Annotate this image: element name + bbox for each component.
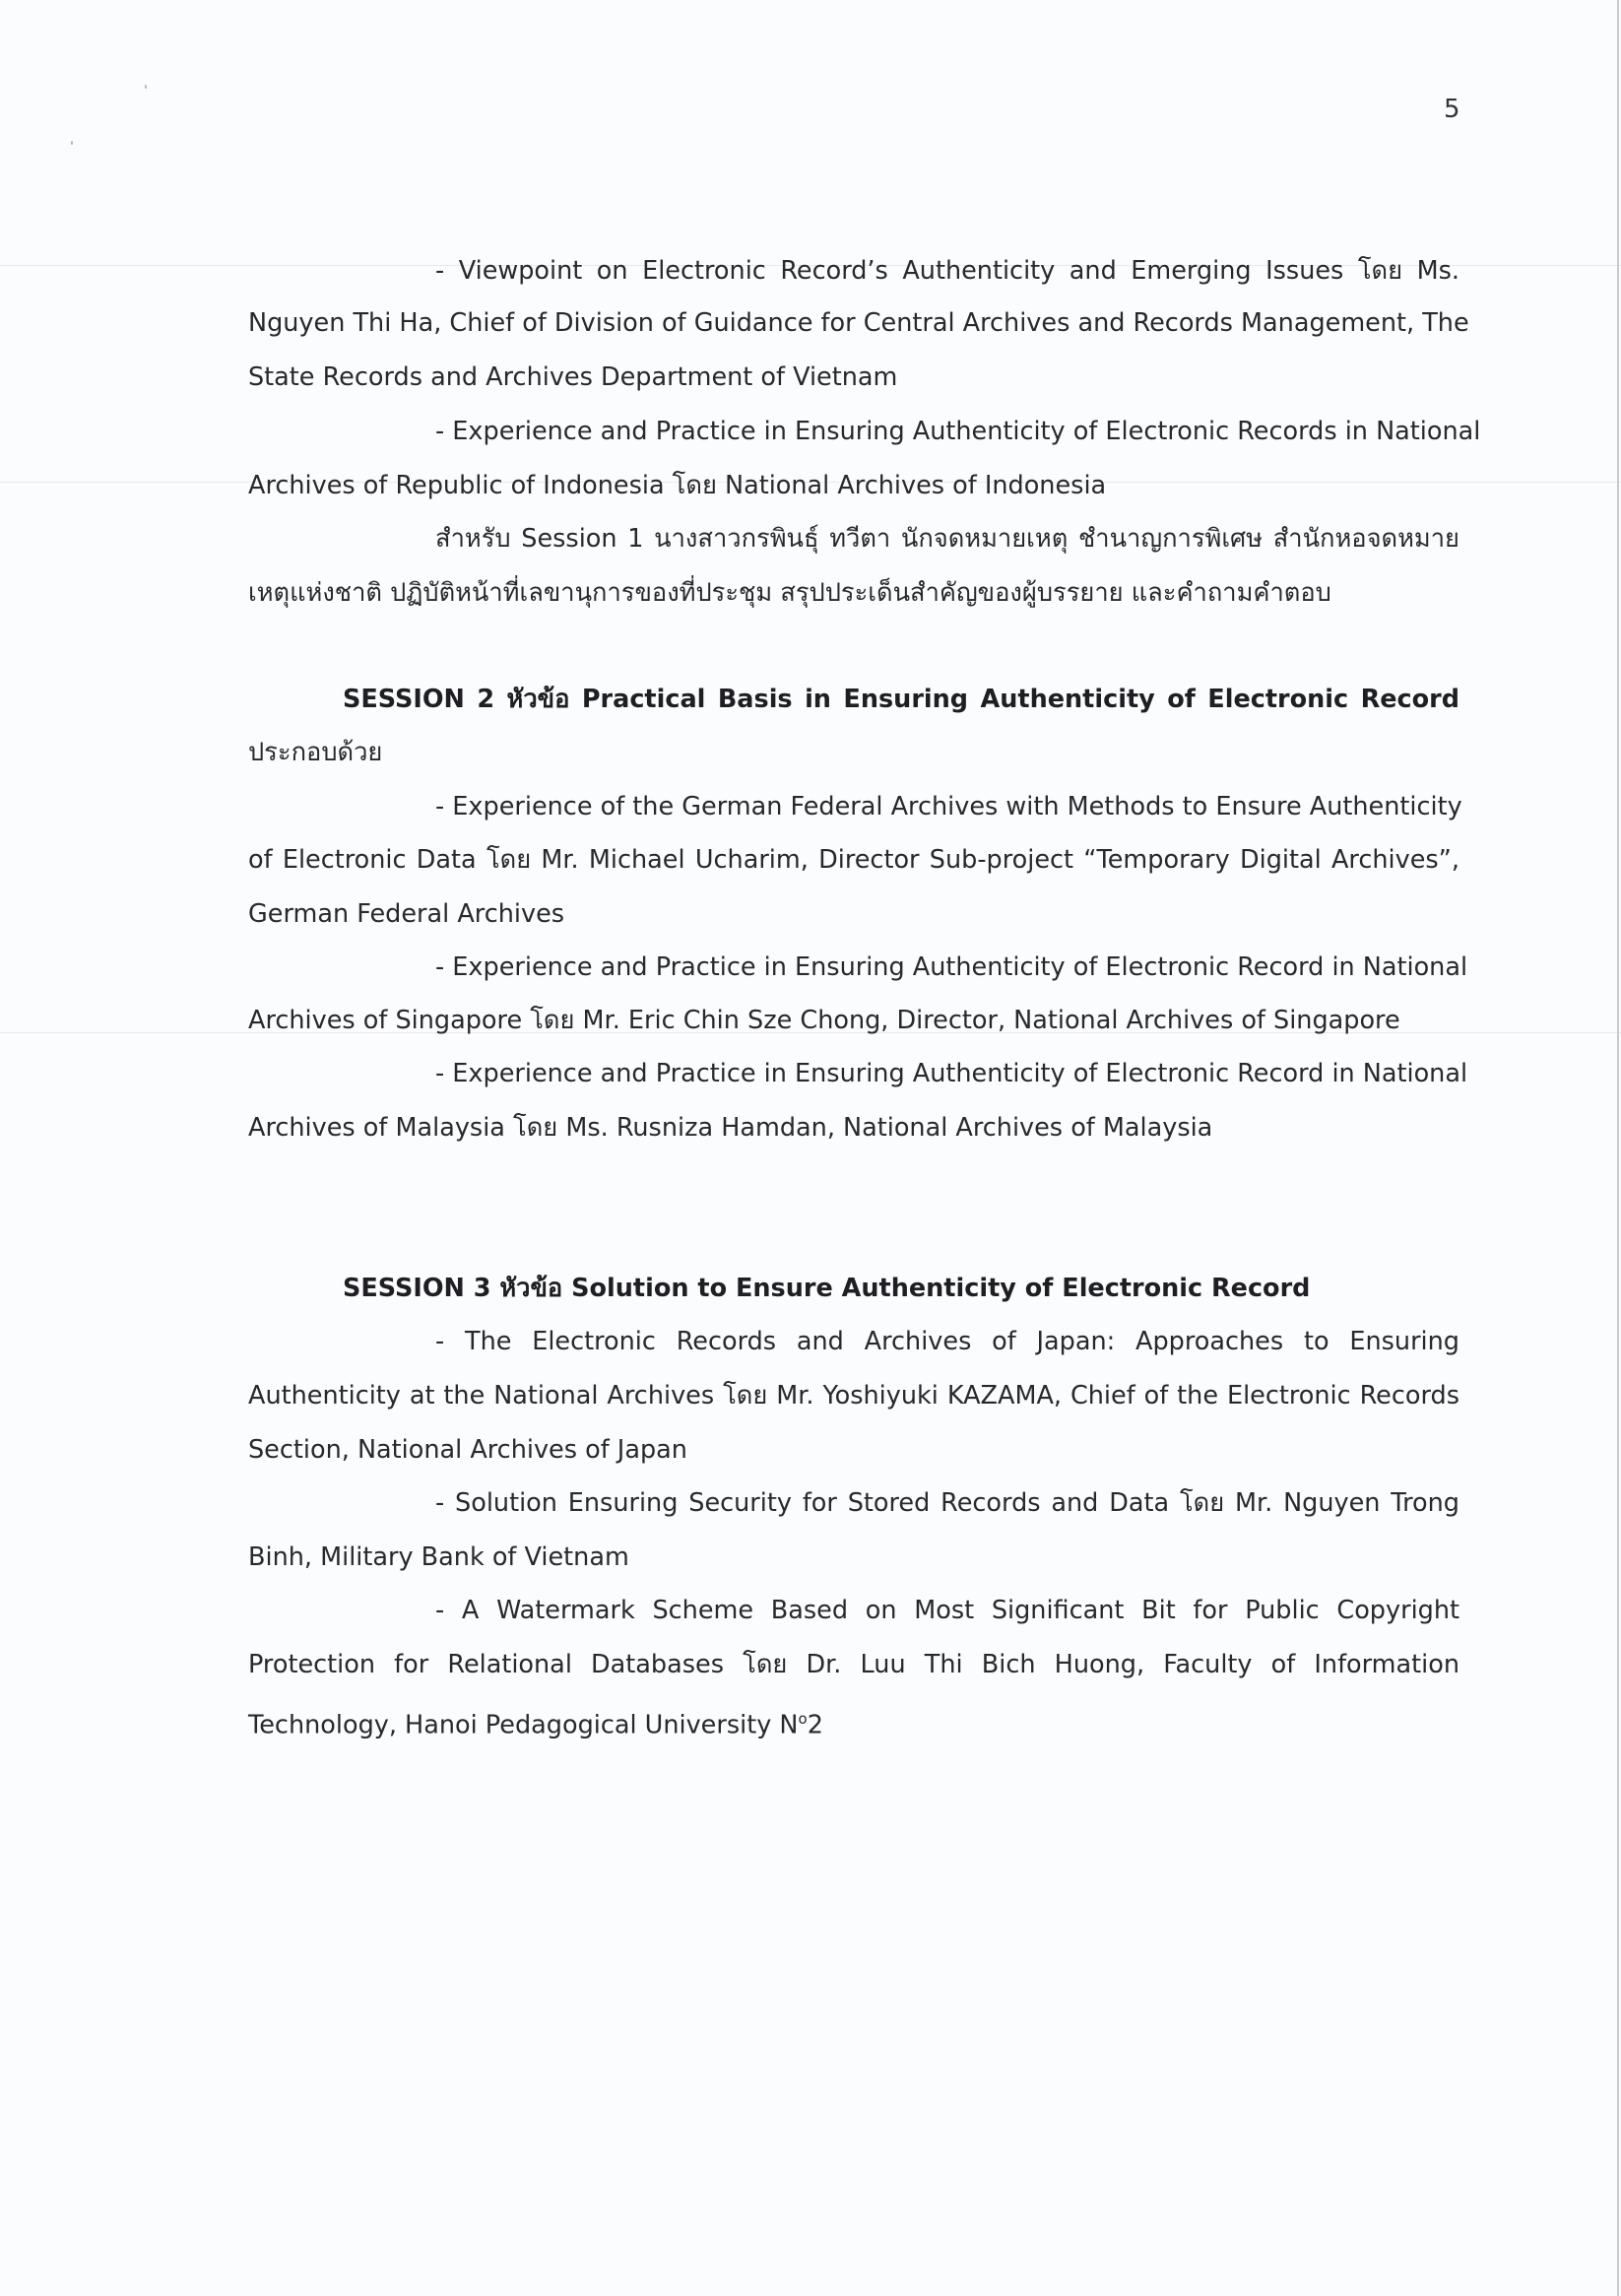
- session3-item3-line3-text: Technology, Hanoi Pedagogical University…: [248, 1711, 799, 1740]
- ordinal-superscript: o: [799, 1710, 808, 1728]
- session3-heading: SESSION 3 หัวข้อ Solution to Ensure Auth…: [343, 1272, 1310, 1305]
- session2-item2-line1: - Experience and Practice in Ensuring Au…: [435, 951, 1459, 984]
- session1-note-line2: เหตุแห่งชาติ ปฏิบัติหน้าที่เลขานุการของท…: [248, 576, 1331, 610]
- scan-speck: [145, 85, 147, 89]
- session3-item2-line2: Binh, Military Bank of Vietnam: [248, 1541, 629, 1574]
- session1-item1-line2: Nguyen Thi Ha, Chief of Division of Guid…: [248, 306, 1459, 340]
- session1-item2-line2: Archives of Republic of Indonesia โดย Na…: [248, 469, 1106, 502]
- session2-item2-line2: Archives of Singapore โดย Mr. Eric Chin …: [248, 1004, 1400, 1037]
- session2-item1-line2: of Electronic Data โดย Mr. Michael Uchar…: [248, 843, 1459, 877]
- session3-item3-line3-tail: 2: [808, 1711, 823, 1740]
- scan-speck: [71, 141, 73, 145]
- page-number: 5: [1444, 95, 1460, 124]
- session2-item1-line3: German Federal Archives: [248, 897, 564, 931]
- session1-item1-line1: - Viewpoint on Electronic Record’s Authe…: [435, 254, 1459, 288]
- session1-item1-line3: State Records and Archives Department of…: [248, 361, 897, 394]
- session3-item1-line3: Section, National Archives of Japan: [248, 1433, 687, 1467]
- session3-item2-line1: - Solution Ensuring Security for Stored …: [435, 1486, 1459, 1520]
- session3-item3-line1: - A Watermark Scheme Based on Most Signi…: [435, 1594, 1459, 1627]
- session2-item3-line1: - Experience and Practice in Ensuring Au…: [435, 1057, 1459, 1090]
- session3-item1-line1: - The Electronic Records and Archives of…: [435, 1325, 1459, 1358]
- session2-heading-line1: SESSION 2 หัวข้อ Practical Basis in Ensu…: [343, 683, 1459, 716]
- session1-item2-line1: - Experience and Practice in Ensuring Au…: [435, 415, 1459, 448]
- session2-item3-line2: Archives of Malaysia โดย Ms. Rusniza Ham…: [248, 1111, 1212, 1145]
- session2-heading-line2: ประกอบด้วย: [248, 736, 382, 769]
- document-page: 5 - Viewpoint on Electronic Record’s Aut…: [0, 0, 1621, 2296]
- session3-item3-line2: Protection for Relational Databases โดย …: [248, 1648, 1459, 1681]
- page-edge-shadow: [1617, 0, 1619, 2296]
- session1-note-line1: สำหรับ Session 1 นางสาวกรพินธุ์ ทวีตา นั…: [435, 522, 1459, 556]
- session3-item3-line3: Technology, Hanoi Pedagogical University…: [248, 1702, 823, 1742]
- session2-item1-line1: - Experience of the German Federal Archi…: [435, 790, 1459, 823]
- session3-item1-line2: Authenticity at the National Archives โด…: [248, 1379, 1459, 1412]
